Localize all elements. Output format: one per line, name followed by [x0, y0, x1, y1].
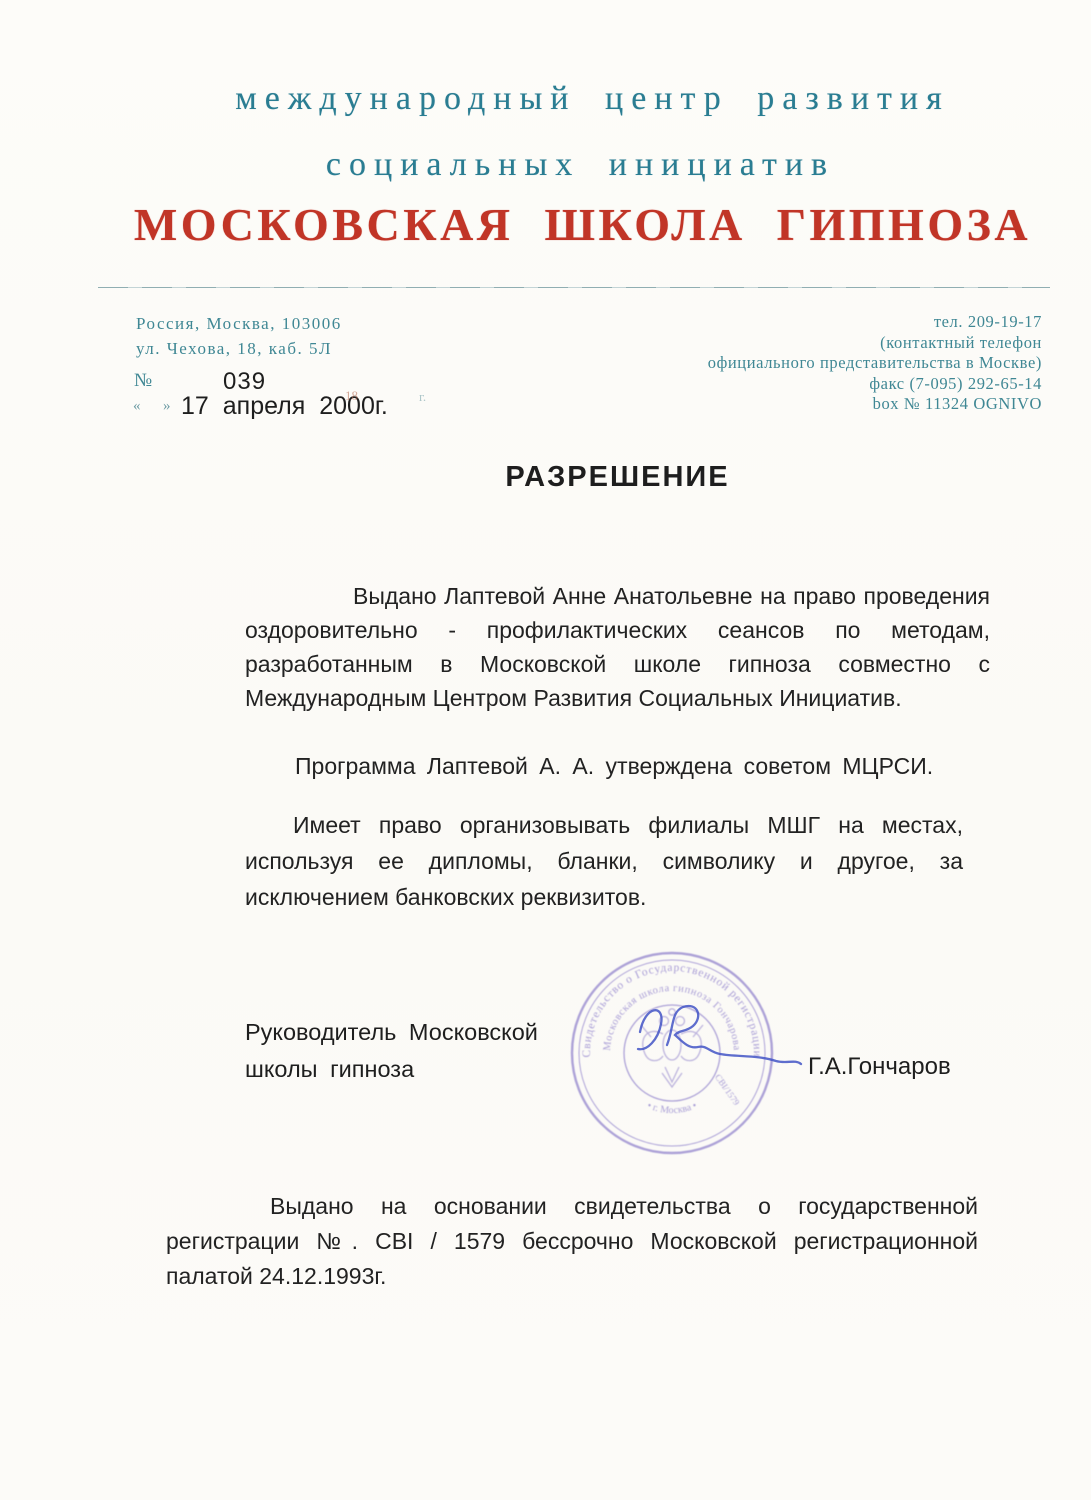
contact-box: box № 11324 OGNIVO — [708, 394, 1042, 415]
svg-text:• г. Москва •: • г. Москва • — [645, 1100, 698, 1116]
date-preprint-mark: 18 — [345, 388, 358, 404]
document-number-label: № — [134, 370, 152, 392]
contact-fax: факс (7-095) 292-65-14 — [708, 374, 1042, 395]
paragraph-program: Программа Лаптевой А. А. утверждена сове… — [245, 749, 990, 783]
paragraph-legal-basis: Выдано на основании свидетельства о госу… — [166, 1189, 978, 1294]
paragraph-grant: Выдано Лаптевой Анне Анатольевне на прав… — [245, 579, 990, 715]
org-name-line1: международный центр развития — [47, 80, 1091, 118]
stamp-bottom-text: • г. Москва • — [645, 1100, 698, 1116]
stamp-inner-text: Московская школа гипноза Гончарова — [602, 983, 742, 1051]
svg-text:Московская школа гипноза Гонча: Московская школа гипноза Гончарова — [602, 983, 742, 1051]
stamp-graphic: Свидетельство о Государственной регистра… — [562, 942, 812, 1172]
official-stamp: Свидетельство о Государственной регистра… — [562, 942, 812, 1172]
signatory-role-line1: Руководитель Московской — [245, 1014, 538, 1051]
signatory-role: Руководитель Московской школы гипноза — [245, 1014, 538, 1088]
document-title: РАЗРЕШЕНИЕ — [72, 461, 1091, 494]
divider-line — [98, 284, 1050, 288]
org-name-line2: социальных инициатив — [35, 146, 1091, 184]
signatory-role-line2: школы гипноза — [245, 1051, 538, 1088]
school-title: МОСКОВСКАЯ ШКОЛА ГИПНОЗА — [37, 198, 1091, 251]
document-page: международный центр развития социальных … — [0, 0, 1091, 1500]
contact-phone: тел. 209-19-17 — [708, 312, 1042, 333]
date-day-quotes: « » — [133, 398, 171, 415]
address-line1: Россия, Москва, 103006 — [136, 314, 342, 334]
address-line2: ул. Чехова, 18, каб. 5Л — [136, 339, 332, 359]
contact-note-line1: (контактный телефон — [708, 333, 1042, 354]
contact-block: тел. 209-19-17 (контактный телефон офици… — [708, 312, 1042, 415]
paragraph-branches: Имеет право организовывать филиалы МШГ н… — [245, 807, 963, 915]
date-preprint-suffix: г. — [419, 389, 426, 405]
stamp-registration-number: CBI/1579 — [713, 1072, 742, 1107]
stamp-outer-ring — [572, 953, 772, 1153]
signatory-name: Г.А.Гончаров — [808, 1053, 951, 1081]
contact-note-line2: официального представительства в Москве) — [708, 353, 1042, 374]
